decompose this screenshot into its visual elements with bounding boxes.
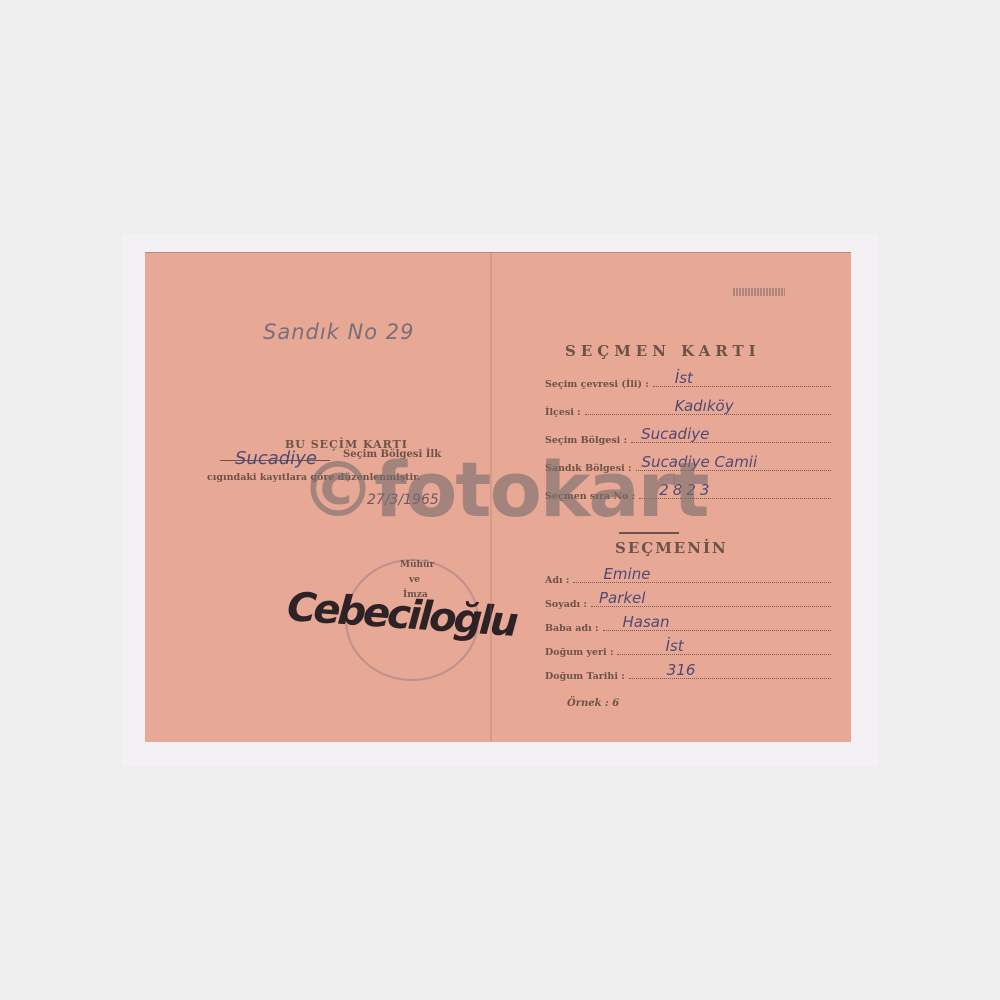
field-label: Baba adı : bbox=[545, 623, 599, 634]
handwritten-ballot-box-number: Sandık No 29 bbox=[263, 320, 414, 344]
printer-mark bbox=[733, 288, 785, 296]
field-value: Emine bbox=[603, 565, 650, 583]
voter-heading: SEÇMENİN bbox=[615, 539, 728, 557]
field-birthplace: Doğum yeri : İst bbox=[545, 642, 831, 658]
card-title: SEÇMEN KARTI bbox=[565, 342, 761, 360]
field-label: Soyadı : bbox=[545, 599, 587, 610]
field-value: Sucadiye bbox=[641, 425, 709, 443]
field-father-name: Baba adı : Hasan bbox=[545, 618, 831, 634]
field-value: Kadıköy bbox=[675, 397, 734, 415]
field-label: İlçesi : bbox=[545, 407, 581, 418]
official-signature: Cebeciloğlu bbox=[286, 584, 517, 646]
field-surname: Soyadı : Parkel bbox=[545, 594, 831, 610]
field-value: Hasan bbox=[623, 613, 670, 631]
form-number: Örnek : 6 bbox=[567, 698, 619, 709]
seal-label-1: Mühür bbox=[400, 560, 434, 570]
field-election-region: Seçim Bölgesi : Sucadiye bbox=[545, 430, 831, 446]
field-election-district: Seçim çevresi (İli) : İst bbox=[545, 374, 831, 390]
field-birthdate: Doğum Tarihi : 316 bbox=[545, 666, 831, 682]
field-first-name: Adı : Emine bbox=[545, 570, 831, 586]
field-label: Doğum yeri : bbox=[545, 647, 613, 658]
field-label: Seçim çevresi (İli) : bbox=[545, 379, 649, 390]
field-value: İst bbox=[675, 369, 693, 387]
field-value: Parkel bbox=[599, 589, 646, 607]
watermark: ©fotokart bbox=[300, 452, 707, 528]
field-district: İlçesi : Kadıköy bbox=[545, 402, 831, 418]
field-label: Doğum Tarihi : bbox=[545, 671, 625, 682]
seal-label-2: ve bbox=[409, 575, 420, 585]
field-value: İst bbox=[665, 637, 683, 655]
field-label: Adı : bbox=[545, 575, 569, 586]
field-value: 316 bbox=[667, 661, 696, 679]
